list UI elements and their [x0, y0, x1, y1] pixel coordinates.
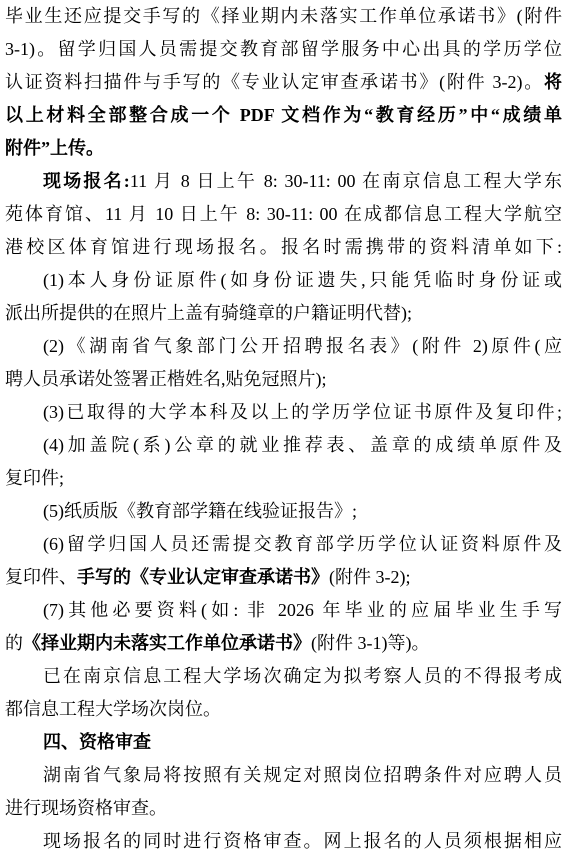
text-segment: (4)加盖院(系)公章的就业推荐表、盖章的成绩单原件及: [43, 435, 562, 455]
text-line: 港校区体育馆进行现场报名。报名时需携带的资料清单如下:: [5, 231, 562, 264]
text-line: 已在南京信息工程大学场次确定为拟考察人员的不得报考成: [5, 660, 562, 693]
text-segment: 已在南京信息工程大学场次确定为拟考察人员的不得报考成: [43, 666, 562, 686]
text-segment: (7)其他必要资料(如: 非 2026 年毕业的应届毕业生手写: [43, 600, 562, 620]
document-page: 毕业生还应提交手写的《择业期内未落实工作单位承诺书》(附件3-1)。留学归国人员…: [0, 0, 568, 858]
text-line: (3)已取得的大学本科及以上的学历学位证书原件及复印件;: [5, 396, 562, 429]
text-segment: 港校区体育馆进行现场报名。报名时需携带的资料清单如下:: [5, 237, 562, 257]
text-segment: 都信息工程大学场次岗位。: [5, 699, 221, 719]
bold-text-segment: 以上材料全部整合成一个 PDF 文档作为“教育经历”中“成绩单: [5, 105, 562, 125]
text-line: 3-1)。留学归国人员需提交教育部留学服务中心出具的学历学位: [5, 33, 562, 66]
text-line: 湖南省气象局将按照有关规定对照岗位招聘条件对应聘人员: [5, 759, 562, 792]
text-segment: 苑体育馆、11 月 10 日上午 8: 30-11: 00 在成都信息工程大学航…: [5, 204, 562, 224]
text-line: 派出所提供的在照片上盖有骑缝章的户籍证明代替);: [5, 297, 562, 330]
text-line: 附件”上传。: [5, 132, 562, 165]
text-line: (5)纸质版《教育部学籍在线验证报告》;: [5, 495, 562, 528]
text-line: (1)本人身份证原件(如身份证遗失,只能凭临时身份证或: [5, 264, 562, 297]
text-segment: (附件 3-1)等)。: [311, 633, 429, 653]
text-line: 以上材料全部整合成一个 PDF 文档作为“教育经历”中“成绩单: [5, 99, 562, 132]
text-line: (4)加盖院(系)公章的就业推荐表、盖章的成绩单原件及: [5, 429, 562, 462]
text-segment: 复印件、: [5, 567, 77, 587]
text-line: 毕业生还应提交手写的《择业期内未落实工作单位承诺书》(附件: [5, 0, 562, 33]
text-segment: (2)《湖南省气象部门公开招聘报名表》(附件 2)原件(应: [43, 336, 562, 356]
text-line: 现场报名的同时进行资格审查。网上报名的人员须根据相应: [5, 825, 562, 858]
text-line: 进行现场资格审查。: [5, 792, 562, 825]
text-segment: 进行现场资格审查。: [5, 798, 167, 818]
text-line: 都信息工程大学场次岗位。: [5, 693, 562, 726]
text-segment: 的: [5, 633, 23, 653]
text-line: 聘人员承诺处签署正楷姓名,贴免冠照片);: [5, 363, 562, 396]
text-segment: 毕业生还应提交手写的《择业期内未落实工作单位承诺书》(附件: [5, 6, 562, 26]
text-segment: (5)纸质版《教育部学籍在线验证报告》;: [43, 501, 357, 521]
text-segment: 认证资料扫描件与手写的《专业认定审查承诺书》(附件 3-2)。: [5, 72, 544, 92]
text-segment: 11 月 8 日上午 8: 30-11: 00 在南京信息工程大学东: [130, 171, 562, 191]
text-segment: (附件 3-2);: [329, 567, 410, 587]
text-segment: (6)留学归国人员还需提交教育部学历学位认证资料原件及: [43, 534, 562, 554]
text-line: 现场报名:11 月 8 日上午 8: 30-11: 00 在南京信息工程大学东: [5, 165, 562, 198]
bold-text-segment: 现场报名:: [43, 171, 130, 191]
text-line: 认证资料扫描件与手写的《专业认定审查承诺书》(附件 3-2)。将: [5, 66, 562, 99]
bold-text-segment: 手写的《专业认定审查承诺书》: [77, 567, 329, 587]
text-segment: 3-1)。留学归国人员需提交教育部留学服务中心出具的学历学位: [5, 39, 562, 59]
text-line: (7)其他必要资料(如: 非 2026 年毕业的应届毕业生手写: [5, 594, 562, 627]
text-line: 苑体育馆、11 月 10 日上午 8: 30-11: 00 在成都信息工程大学航…: [5, 198, 562, 231]
text-line: 复印件;: [5, 462, 562, 495]
text-segment: 派出所提供的在照片上盖有骑缝章的户籍证明代替);: [5, 303, 412, 323]
text-segment: 复印件;: [5, 468, 64, 488]
bold-text-segment: 附件”上传。: [5, 138, 104, 158]
bold-text-segment: 四、资格审查: [43, 732, 151, 752]
text-segment: 现场报名的同时进行资格审查。网上报名的人员须根据相应: [43, 831, 562, 851]
text-line: (6)留学归国人员还需提交教育部学历学位认证资料原件及: [5, 528, 562, 561]
text-segment: 聘人员承诺处签署正楷姓名,贴免冠照片);: [5, 369, 327, 389]
text-segment: (1)本人身份证原件(如身份证遗失,只能凭临时身份证或: [43, 270, 562, 290]
text-segment: 湖南省气象局将按照有关规定对照岗位招聘条件对应聘人员: [43, 765, 562, 785]
text-segment: (3)已取得的大学本科及以上的学历学位证书原件及复印件;: [43, 402, 562, 422]
bold-text-segment: 将: [544, 72, 562, 92]
text-line: 的《择业期内未落实工作单位承诺书》(附件 3-1)等)。: [5, 627, 562, 660]
bold-text-segment: 《择业期内未落实工作单位承诺书》: [23, 633, 311, 653]
text-line: 复印件、手写的《专业认定审查承诺书》(附件 3-2);: [5, 561, 562, 594]
text-line: (2)《湖南省气象部门公开招聘报名表》(附件 2)原件(应: [5, 330, 562, 363]
text-line: 四、资格审查: [5, 726, 562, 759]
